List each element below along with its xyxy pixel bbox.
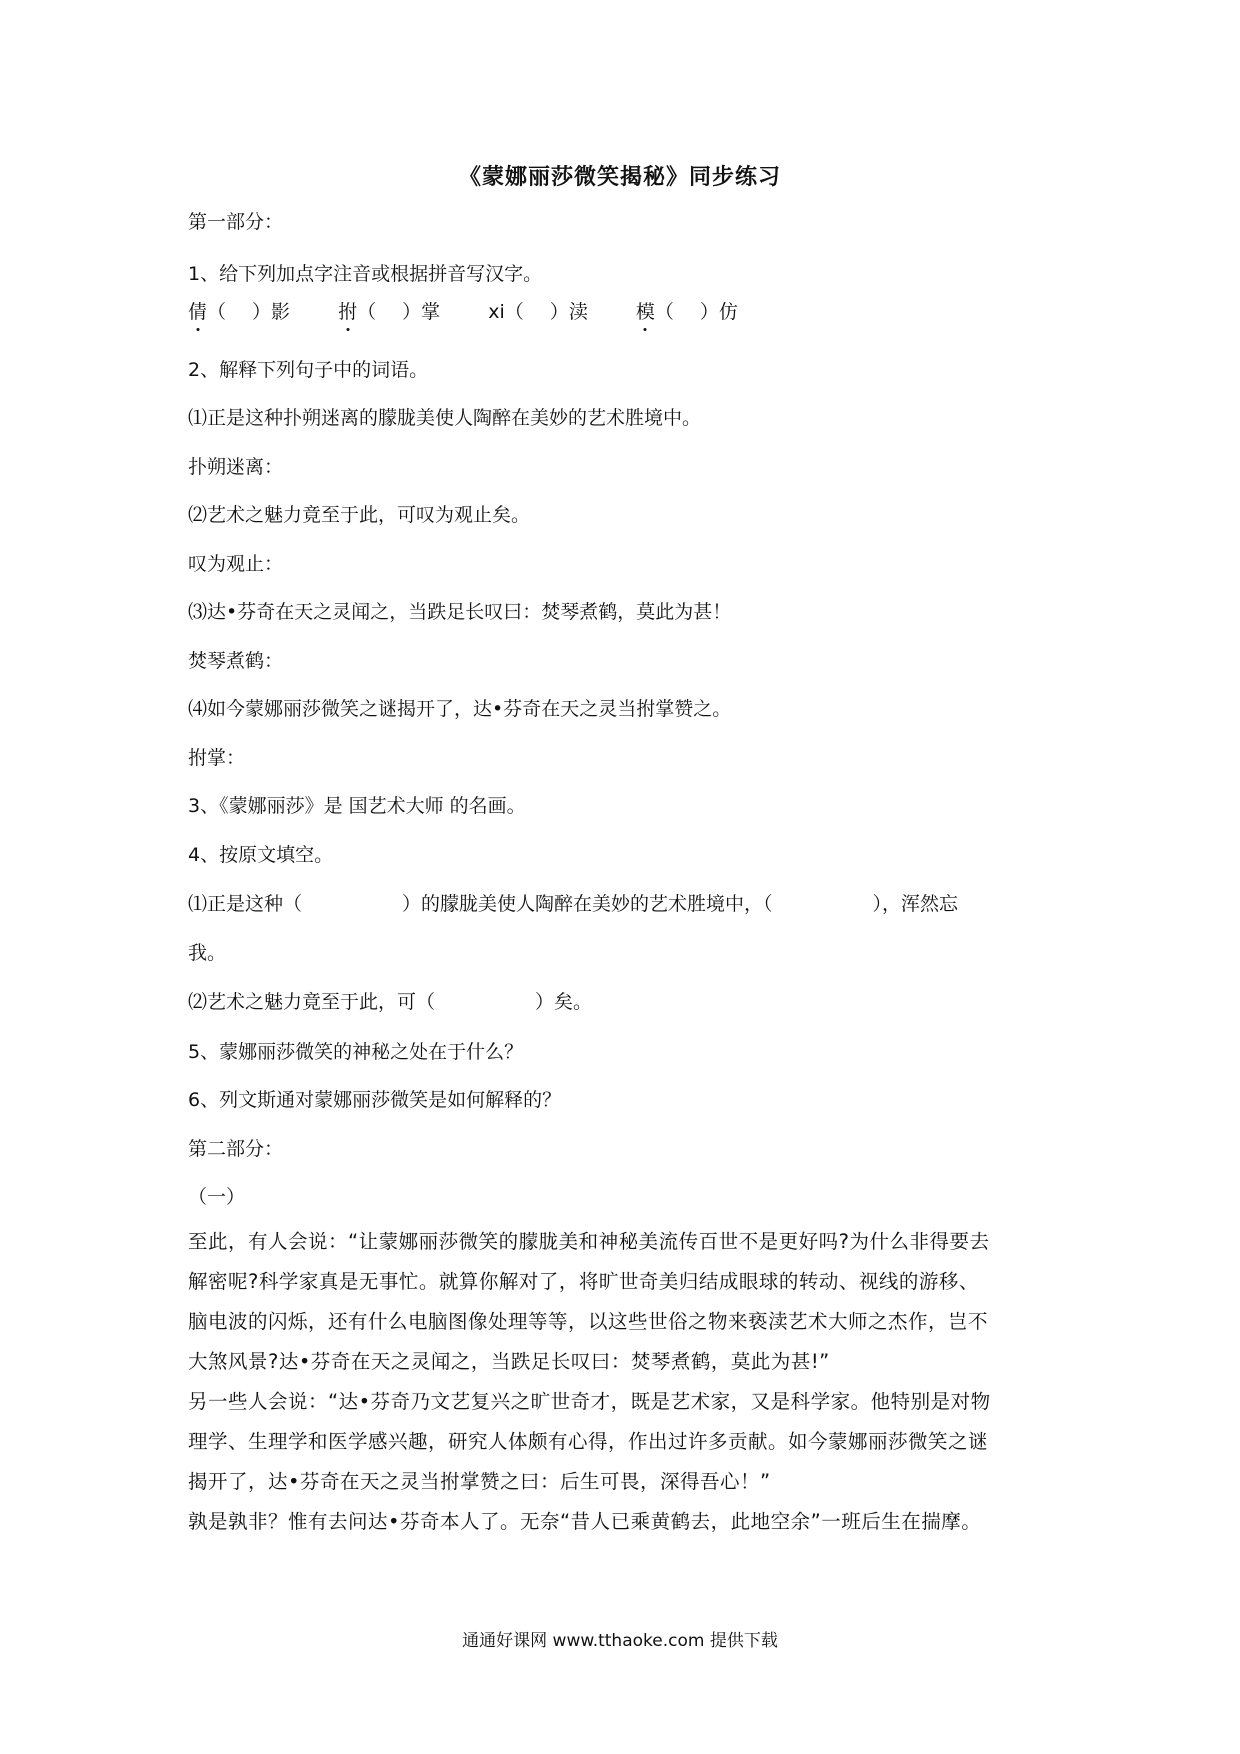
document-page: 《蒙娜丽莎微笑揭秘》同步练习 第一部分： 1、给下列加点字注音或根据拼音写汉字。… — [0, 0, 1240, 1754]
dotted-char: 拊 — [338, 300, 357, 324]
passage-paragraph-3: 孰是孰非？惟有去问达•芬奇本人了。无奈“昔人已乘黄鹤去，此地空余”一班后生在揣摩… — [188, 1502, 1058, 1542]
q2-prompt: 2、解释下列句子中的词语。 — [188, 358, 428, 382]
dotted-char: 倩 — [188, 300, 207, 324]
q4-sentence-1: ⑴正是这种（）的朦胧美使人陶醉在美妙的艺术胜境中，（），浑然忘 — [188, 892, 958, 916]
q1-items: 倩（）影 拊（）掌 xi（）渎 模（）仿 — [188, 300, 780, 324]
q5: 5、蒙娜丽莎微笑的神秘之处在于什么？ — [188, 1040, 523, 1064]
q2-word-3: 焚琴煮鹤： — [188, 649, 283, 673]
q2-word-2: 叹为观止： — [188, 552, 283, 576]
q1-prompt: 1、给下列加点字注音或根据拼音写汉字。 — [188, 262, 542, 286]
q2-sentence-2: ⑵艺术之魅力竟至于此，可叹为观止矣。 — [188, 503, 530, 527]
section-label: （一） — [188, 1185, 245, 1209]
q2-word-1: 扑朔迷离： — [188, 455, 283, 479]
q2-sentence-3: ⑶达•芬奇在天之灵闻之，当跌足长叹曰：焚琴煮鹤，莫此为甚！ — [188, 600, 731, 624]
q1-item-1: 倩（）影 — [188, 300, 290, 324]
q2-sentence-4: ⑷如今蒙娜丽莎微笑之谜揭开了，达•芬奇在天之灵当拊掌赞之。 — [188, 697, 731, 721]
document-title: 《蒙娜丽莎微笑揭秘》同步练习 — [0, 160, 1240, 191]
part2-heading: 第二部分： — [188, 1137, 283, 1161]
q3: 3、《蒙娜丽莎》是 国艺术大师 的名画。 — [188, 794, 526, 818]
q4-sentence-2: ⑵艺术之魅力竟至于此，可（）矣。 — [188, 990, 592, 1014]
q4-prompt: 4、按原文填空。 — [188, 843, 333, 867]
pinyin-text: xi — [488, 301, 505, 323]
passage-paragraph-1: 至此，有人会说：“让蒙娜丽莎微笑的朦胧美和神秘美流传百世不是更好吗?为什么非得要… — [188, 1222, 1058, 1382]
part1-heading: 第一部分： — [188, 210, 283, 234]
q1-item-2: 拊（）掌 — [338, 300, 440, 324]
q1-item-3: xi（）渎 — [488, 300, 588, 324]
q2-sentence-1: ⑴正是这种扑朔迷离的朦胧美使人陶醉在美妙的艺术胜境中。 — [188, 406, 701, 430]
dotted-char: 模 — [636, 300, 655, 324]
passage-paragraph-2: 另一些人会说：“达•芬奇乃文艺复兴之旷世奇才，既是艺术家，又是科学家。他特别是对… — [188, 1382, 1058, 1502]
q2-word-4: 拊掌： — [188, 746, 245, 770]
page-footer: 通通好课网 www.tthaoke.com 提供下载 — [0, 1626, 1240, 1651]
q1-item-4: 模（）仿 — [636, 300, 738, 324]
q4-sentence-1-cont: 我。 — [188, 941, 226, 965]
q6: 6、列文斯通对蒙娜丽莎微笑是如何解释的？ — [188, 1088, 561, 1112]
